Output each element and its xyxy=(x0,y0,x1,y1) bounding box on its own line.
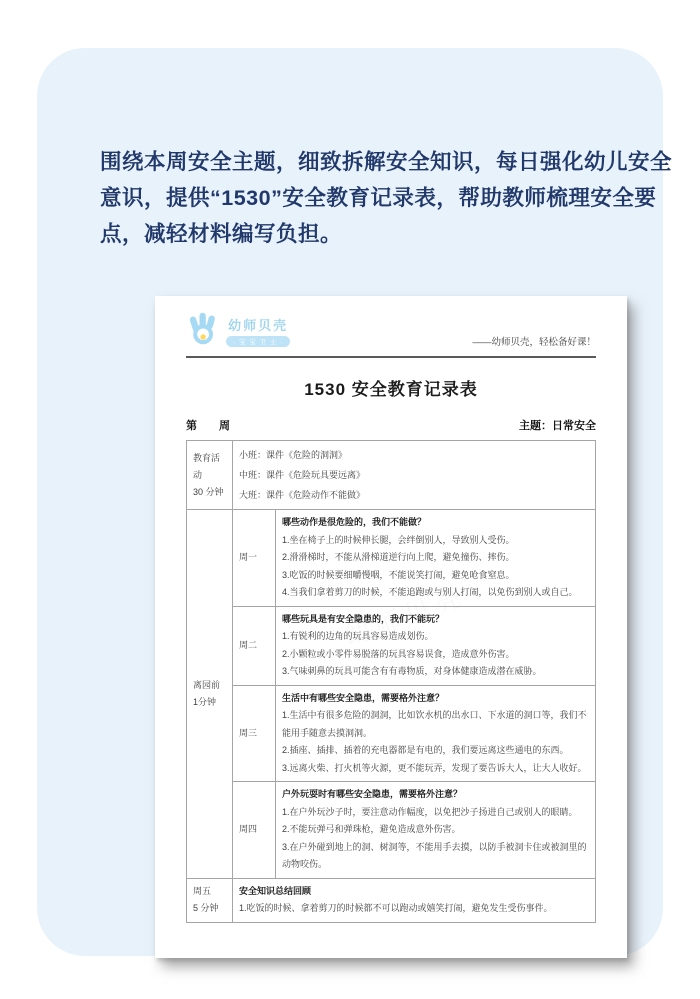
day-content-cell: 户外玩耍时有哪些安全隐患，需要格外注意？ 1.在户外玩沙子时，要注意动作幅度，以… xyxy=(276,782,596,879)
activity-item: 小班：课件《危险的洞洞》 xyxy=(239,445,589,465)
brand-badge: · 宝 宝 卫 士 · xyxy=(226,336,290,347)
activity-label-line2: 30 分钟 xyxy=(193,484,226,501)
brand-text-block: 幼师贝壳 · 宝 宝 卫 士 · xyxy=(226,315,290,347)
friday-summary-title: 安全知识总结回顾 xyxy=(239,883,589,901)
day-point: 3.吃饭的时候要细嚼慢咽，不能说笑打闹，避免呛食窒息。 xyxy=(282,567,589,585)
header-divider xyxy=(186,356,596,358)
brand-tagline: ——幼师贝壳，轻松备好课！ xyxy=(472,334,596,351)
document-header: 幼师贝壳 · 宝 宝 卫 士 · ——幼师贝壳，轻松备好课！ xyxy=(186,310,596,351)
friday-label-cell: 周五 5 分钟 xyxy=(187,878,233,922)
before-leaving-label-line2: 1分钟 xyxy=(193,694,226,711)
day-cell: 周四 xyxy=(233,782,276,879)
day-question: 户外玩耍时有哪些安全隐患，需要格外注意？ xyxy=(282,786,589,804)
day-point: 2.不能玩弹弓和弹珠枪，避免造成意外伤害。 xyxy=(282,821,589,839)
day-label: 周四 xyxy=(239,821,269,838)
intro-text: 围绕本周安全主题，细致拆解安全知识，每日强化幼儿安全意识，提供“1530”安全教… xyxy=(100,144,688,252)
day-point: 1.生活中有很多危险的洞洞，比如饮水机的出水口、下水道的洞口等，我们不能用手随意… xyxy=(282,707,589,742)
table-row-friday: 周五 5 分钟 安全知识总结回顾 1.吃饭的时候、拿着剪刀的时候都不可以跑动或嬉… xyxy=(187,878,596,922)
activity-label-line1: 教育活动 xyxy=(193,450,226,484)
day-point: 2.插座、插排、插着的充电器都是有电的，我们要远离这些通电的东西。 xyxy=(282,742,589,760)
document-title: 1530 安全教育记录表 xyxy=(186,375,596,400)
feature-card: 围绕本周安全主题，细致拆解安全知识，每日强化幼儿安全意识，提供“1530”安全教… xyxy=(37,48,663,956)
day-point: 1.坐在椅子上的时候伸长腿，会绊倒别人，导致别人受伤。 xyxy=(282,532,589,550)
day-point: 4.当我们拿着剪刀的时候，不能追跑或与别人打闹，以免伤到别人或自己。 xyxy=(282,584,589,602)
day-point: 1.有锐利的边角的玩具容易造成划伤。 xyxy=(282,628,589,646)
day-label: 周二 xyxy=(239,637,269,654)
page: 围绕本周安全主题，细致拆解安全知识，每日强化幼儿安全意识，提供“1530”安全教… xyxy=(0,0,700,999)
brand-name: 幼师贝壳 xyxy=(228,315,288,334)
before-leaving-label-line1: 离园前 xyxy=(193,677,226,694)
table-row-thursday: 周四 户外玩耍时有哪些安全隐患，需要格外注意？ 1.在户外玩沙子时，要注意动作幅… xyxy=(187,782,596,879)
day-point: 2.小颗粒或小零件易脱落的玩具容易误食，造成意外伤害。 xyxy=(282,646,589,664)
friday-label-line2: 5 分钟 xyxy=(193,900,226,917)
day-point: 3.在户外碰到地上的洞、树洞等，不能用手去摸，以防手被洞卡住或被洞里的动物咬伤。 xyxy=(282,839,589,874)
activity-item: 中班：课件《危险玩具要远离》 xyxy=(239,465,589,485)
day-content-cell: 生活中有哪些安全隐患，需要格外注意？ 1.生活中有很多危险的洞洞，比如饮水机的出… xyxy=(276,685,596,782)
table-row-tuesday: 周二 哪些玩具是有安全隐患的，我们不能玩？ 1.有锐利的边角的玩具容易造成划伤。… xyxy=(187,606,596,685)
day-point: 2.滑滑梯时，不能从滑梯道逆行向上爬，避免撞伤、摔伤。 xyxy=(282,549,589,567)
document-preview: 幼师贝壳 幼师贝壳 xyxy=(155,296,627,958)
theme-field: 主题：日常安全 xyxy=(519,417,596,433)
before-leaving-label-cell: 离园前 1分钟 xyxy=(187,510,233,879)
week-field: 第 周 xyxy=(186,417,230,433)
day-question: 哪些玩具是有安全隐患的，我们不能玩？ xyxy=(282,611,589,629)
meta-row: 第 周 主题：日常安全 xyxy=(186,417,596,433)
activity-item: 大班：课件《危险动作不能做》 xyxy=(239,485,589,505)
record-table: 教育活动 30 分钟 小班：课件《危险的洞洞》 中班：课件《危险玩具要远离》 大… xyxy=(186,440,596,923)
day-label: 周一 xyxy=(239,549,269,566)
day-cell: 周一 xyxy=(233,510,276,607)
table-row-monday: 离园前 1分钟 周一 哪些动作是很危险的，我们不能做？ 1.坐在椅子上的时候伸长… xyxy=(187,510,596,607)
friday-summary-point: 1.吃饭的时候、拿着剪刀的时候都不可以跑动或嬉笑打闹，避免发生受伤事件。 xyxy=(239,900,589,918)
day-cell: 周三 xyxy=(233,685,276,782)
table-row-wednesday: 周三 生活中有哪些安全隐患，需要格外注意？ 1.生活中有很多危险的洞洞，比如饮水… xyxy=(187,685,596,782)
day-content-cell: 哪些动作是很危险的，我们不能做？ 1.坐在椅子上的时候伸长腿，会绊倒别人，导致别… xyxy=(276,510,596,607)
activity-content-cell: 小班：课件《危险的洞洞》 中班：课件《危险玩具要远离》 大班：课件《危险动作不能… xyxy=(233,441,596,510)
day-question: 哪些动作是很危险的，我们不能做？ xyxy=(282,514,589,532)
activity-label-cell: 教育活动 30 分钟 xyxy=(187,441,233,510)
day-point: 3.气味刺鼻的玩具可能含有有毒物质，对身体健康造成潜在威胁。 xyxy=(282,663,589,681)
brand-logo: 幼师贝壳 · 宝 宝 卫 士 · xyxy=(186,310,290,351)
table-row-activity: 教育活动 30 分钟 小班：课件《危险的洞洞》 中班：课件《危险玩具要远离》 大… xyxy=(187,441,596,510)
day-point: 3.远离火柴、打火机等火源，更不能玩弄，发现了要告诉大人，让大人收好。 xyxy=(282,760,589,778)
day-cell: 周二 xyxy=(233,606,276,685)
friday-label-line1: 周五 xyxy=(193,883,226,900)
brand-hand-icon xyxy=(186,310,222,351)
day-label: 周三 xyxy=(239,725,269,742)
day-point: 1.在户外玩沙子时，要注意动作幅度，以免把沙子扬进自己或别人的眼睛。 xyxy=(282,804,589,822)
friday-content-cell: 安全知识总结回顾 1.吃饭的时候、拿着剪刀的时候都不可以跑动或嬉笑打闹，避免发生… xyxy=(233,878,596,922)
day-question: 生活中有哪些安全隐患，需要格外注意？ xyxy=(282,690,589,708)
day-content-cell: 哪些玩具是有安全隐患的，我们不能玩？ 1.有锐利的边角的玩具容易造成划伤。 2.… xyxy=(276,606,596,685)
